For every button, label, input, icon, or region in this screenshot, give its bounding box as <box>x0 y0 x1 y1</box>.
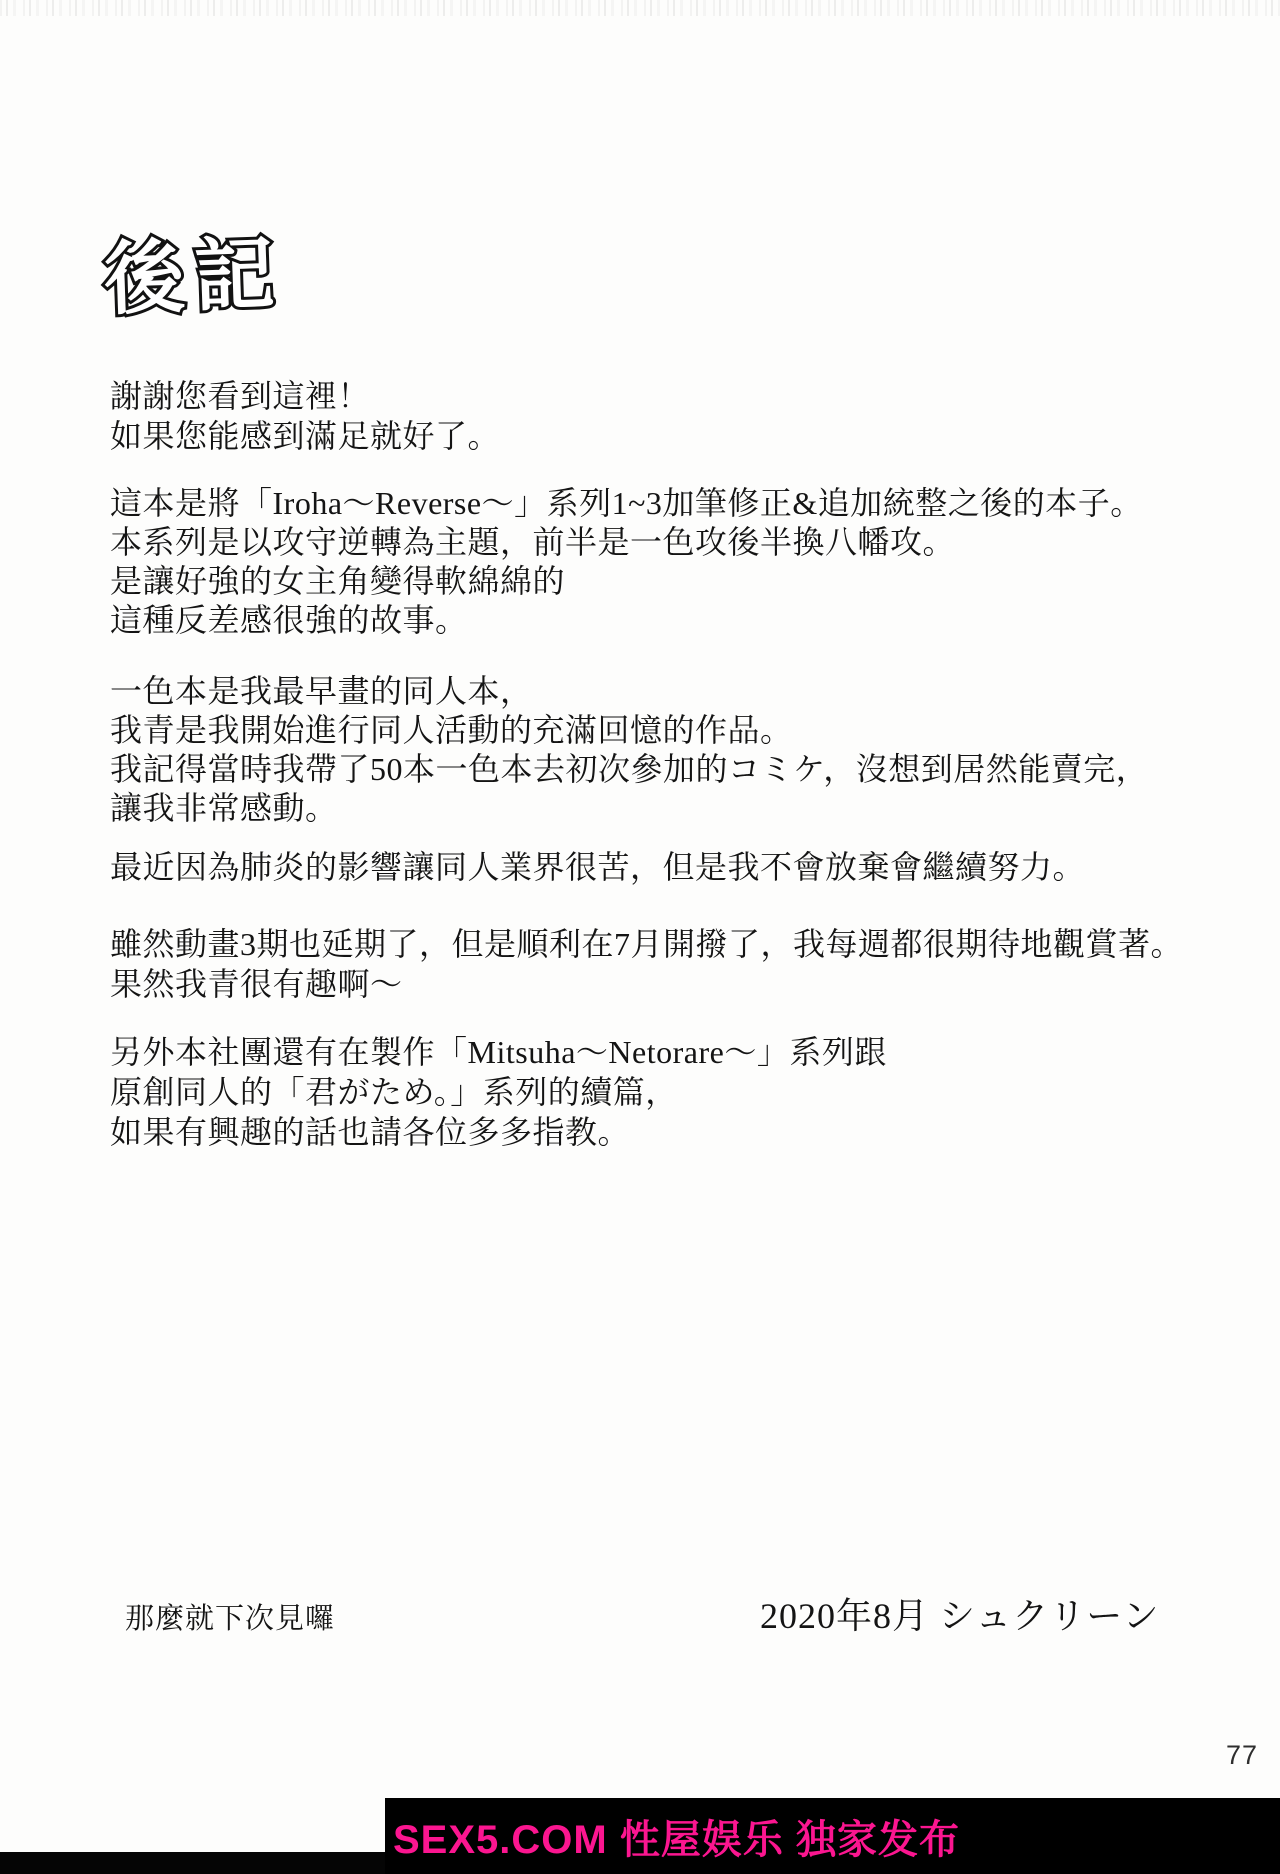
scan-noise-artifact <box>0 0 1280 16</box>
paragraph-other-works: 另外本社團還有在製作「Mitsuha～Netorare～」系列跟 原創同人的「君… <box>110 1032 887 1152</box>
paragraph-line: 我青是我開始進行同人活動的充滿回憶的作品。 <box>110 711 1148 750</box>
scanned-page: 後記 謝謝您看到這裡！ 如果您能感到滿足就好了。 這本是將「Iroha～Reve… <box>0 0 1280 1874</box>
paragraph-series-intro: 這本是將「Iroha～Reverse～」系列1~3加筆修正&追加統整之後的本子。… <box>110 484 1143 640</box>
paragraph-line: 如果有興趣的話也請各位多多指教。 <box>110 1112 887 1152</box>
paragraph-line: 本系列是以攻守逆轉為主題，前半是一色攻後半換八幡攻。 <box>110 523 1143 562</box>
paragraph-first-doujin: 一色本是我最早畫的同人本， 我青是我開始進行同人活動的充滿回憶的作品。 我記得當… <box>110 672 1148 828</box>
paragraph-line: 果然我青很有趣啊～ <box>110 964 1183 1004</box>
paragraph-line: 謝謝您看到這裡！ <box>110 376 500 416</box>
page-number: 77 <box>1226 1740 1258 1771</box>
paragraph-line: 另外本社團還有在製作「Mitsuha～Netorare～」系列跟 <box>110 1032 887 1072</box>
page-title: 後記 <box>102 209 286 330</box>
paragraph-line: 一色本是我最早畫的同人本， <box>110 672 1148 711</box>
date-and-author: 2020年8月 シュクリーン <box>760 1588 1160 1639</box>
paragraph-line: 這本是將「Iroha～Reverse～」系列1~3加筆修正&追加統整之後的本子。 <box>110 484 1143 523</box>
paragraph-pandemic: 最近因為肺炎的影響讓同人業界很苦，但是我不會放棄會繼續努力。 <box>110 848 1085 887</box>
paragraph-line: 我記得當時我帶了50本一色本去初次參加的コミケ，沒想到居然能賣完， <box>110 750 1148 789</box>
watermark-banner: SEX5.COM 性屋娱乐 独家发布 <box>385 1798 1280 1874</box>
paragraph-line: 這種反差感很強的故事。 <box>110 601 1143 640</box>
paragraph-line: 如果您能感到滿足就好了。 <box>110 416 500 456</box>
paragraph-thanks: 謝謝您看到這裡！ 如果您能感到滿足就好了。 <box>110 376 500 456</box>
closing-message: 那麼就下次見囉 <box>125 1596 335 1637</box>
paragraph-line: 是讓好強的女主角變得軟綿綿的 <box>110 562 1143 601</box>
paragraph-anime-season: 雖然動畫3期也延期了，但是順利在7月開撥了，我每週都很期待地觀賞著。 果然我青很… <box>110 924 1183 1004</box>
paragraph-line: 最近因為肺炎的影響讓同人業界很苦，但是我不會放棄會繼續努力。 <box>110 848 1085 887</box>
paragraph-line: 雖然動畫3期也延期了，但是順利在7月開撥了，我每週都很期待地觀賞著。 <box>110 924 1183 964</box>
paragraph-line: 原創同人的「君がため。」系列的續篇， <box>110 1072 887 1112</box>
watermark-text: SEX5.COM 性屋娱乐 独家发布 <box>385 1808 960 1865</box>
paragraph-line: 讓我非常感動。 <box>110 789 1148 828</box>
